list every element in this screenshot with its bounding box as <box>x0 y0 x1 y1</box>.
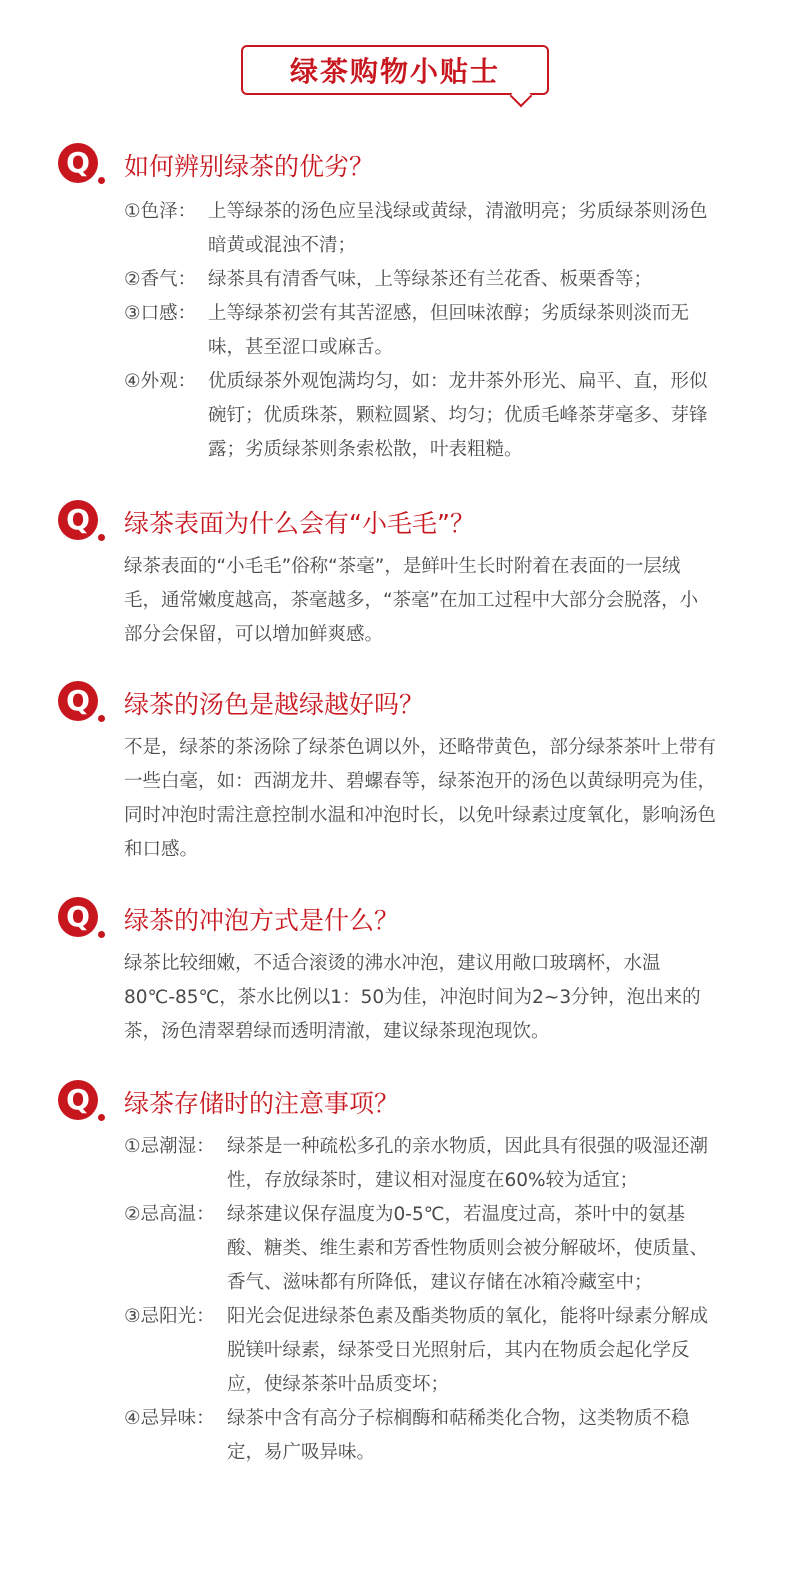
list-item: ④忌异味： 绿茶中含有高分子棕榈酶和萜稀类化合物，这类物质不稳定，易广吸异味。 <box>124 1402 716 1470</box>
item-label: ③忌阳光： <box>124 1300 227 1402</box>
list-item: ③忌阳光： 阳光会促进绿茶色素及酯类物质的氧化，能将叶绿素分解成脱镁叶绿素，绿茶… <box>124 1300 716 1402</box>
answer-paragraph: 不是，绿茶的茶汤除了绿茶色调以外，还略带黄色，部分绿茶茶叶上带有一些白毫，如：西… <box>124 731 716 867</box>
question-q-icon: Q <box>58 143 102 187</box>
title-banner: 绿茶购物小贴士 <box>241 45 549 95</box>
question-q-icon: Q <box>58 681 102 725</box>
item-text: 上等绿茶初尝有其苦涩感，但回味浓醇；劣质绿茶则淡而无味，甚至涩口或麻舌。 <box>208 297 716 365</box>
list-item: ①色泽： 上等绿茶的汤色应呈浅绿或黄绿，清澈明亮；劣质绿茶则汤色暗黄或混浊不清； <box>124 195 716 263</box>
list-item: ②香气： 绿茶具有清香气味，上等绿茶还有兰花香、板栗香等； <box>124 263 716 297</box>
question-q-icon: Q <box>58 500 102 544</box>
item-label: ④外观： <box>124 365 208 467</box>
question-heading: Q 绿茶表面为什么会有“小毛毛”？ <box>58 500 475 544</box>
item-label: ②香气： <box>124 263 208 297</box>
question-heading: Q 如何辨别绿茶的优劣？ <box>58 143 374 187</box>
question-title: 绿茶表面为什么会有“小毛毛”？ <box>124 504 475 540</box>
item-text: 上等绿茶的汤色应呈浅绿或黄绿，清澈明亮；劣质绿茶则汤色暗黄或混浊不清； <box>208 195 716 263</box>
item-text: 优质绿茶外观饱满均匀，如：龙井茶外形光、扁平、直，形似碗钉；优质珠茶，颗粒圆紧、… <box>208 365 716 467</box>
speech-bubble-tail <box>510 85 533 108</box>
question-title: 如何辨别绿茶的优劣？ <box>124 147 374 183</box>
item-label: ③口感： <box>124 297 208 365</box>
answer-list: ①色泽： 上等绿茶的汤色应呈浅绿或黄绿，清澈明亮；劣质绿茶则汤色暗黄或混浊不清；… <box>124 195 716 467</box>
answer-paragraph: 绿茶表面的“小毛毛”俗称“茶毫”，是鲜叶生长时附着在表面的一层绒毛，通常嫩度越高… <box>124 550 716 652</box>
item-text: 绿茶是一种疏松多孔的亲水物质，因此具有很强的吸湿还潮性，存放绿茶时，建议相对湿度… <box>227 1130 716 1198</box>
page-title: 绿茶购物小贴士 <box>290 50 500 90</box>
list-item: ④外观： 优质绿茶外观饱满均匀，如：龙井茶外形光、扁平、直，形似碗钉；优质珠茶，… <box>124 365 716 467</box>
answer-paragraph: 绿茶比较细嫩，不适合滚烫的沸水冲泡，建议用敞口玻璃杯，水温80℃-85℃，茶水比… <box>124 947 716 1049</box>
item-label: ①忌潮湿： <box>124 1130 227 1198</box>
item-text: 绿茶具有清香气味，上等绿茶还有兰花香、板栗香等； <box>208 263 716 297</box>
item-label: ②忌高温： <box>124 1198 227 1300</box>
item-text: 绿茶建议保存温度为0-5℃，若温度过高，茶叶中的氨基酸、糖类、维生素和芳香性物质… <box>227 1198 716 1300</box>
list-item: ①忌潮湿： 绿茶是一种疏松多孔的亲水物质，因此具有很强的吸湿还潮性，存放绿茶时，… <box>124 1130 716 1198</box>
question-heading: Q 绿茶存储时的注意事项？ <box>58 1080 399 1124</box>
item-text: 阳光会促进绿茶色素及酯类物质的氧化，能将叶绿素分解成脱镁叶绿素，绿茶受日光照射后… <box>227 1300 716 1402</box>
question-q-icon: Q <box>58 1080 102 1124</box>
item-label: ①色泽： <box>124 195 208 263</box>
item-text: 绿茶中含有高分子棕榈酶和萜稀类化合物，这类物质不稳定，易广吸异味。 <box>227 1402 716 1470</box>
question-q-icon: Q <box>58 897 102 941</box>
item-label: ④忌异味： <box>124 1402 227 1470</box>
question-title: 绿茶的汤色是越绿越好吗？ <box>124 685 424 721</box>
question-heading: Q 绿茶的冲泡方式是什么？ <box>58 897 399 941</box>
list-item: ③口感： 上等绿茶初尝有其苦涩感，但回味浓醇；劣质绿茶则淡而无味，甚至涩口或麻舌… <box>124 297 716 365</box>
question-title: 绿茶的冲泡方式是什么？ <box>124 901 399 937</box>
question-title: 绿茶存储时的注意事项？ <box>124 1084 399 1120</box>
answer-list: ①忌潮湿： 绿茶是一种疏松多孔的亲水物质，因此具有很强的吸湿还潮性，存放绿茶时，… <box>124 1130 716 1470</box>
list-item: ②忌高温： 绿茶建议保存温度为0-5℃，若温度过高，茶叶中的氨基酸、糖类、维生素… <box>124 1198 716 1300</box>
question-heading: Q 绿茶的汤色是越绿越好吗？ <box>58 681 424 725</box>
